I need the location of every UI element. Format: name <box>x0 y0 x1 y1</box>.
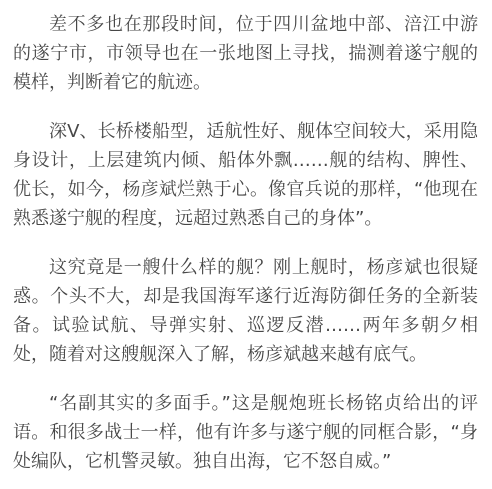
paragraph-3: 这究竟是一艘什么样的舰？刚上舰时，杨彦斌也很疑惑。个头不大，却是我国海军遂行近海… <box>13 253 478 369</box>
article-text-block: 差不多也在那段时间，位于四川盆地中部、涪江中游的遂宁市，市领导也在一张地图上寻找… <box>0 0 492 476</box>
paragraph-1: 差不多也在那段时间，位于四川盆地中部、涪江中游的遂宁市，市领导也在一张地图上寻找… <box>13 10 478 97</box>
paragraph-4: “名副其实的多面手。”这是舰炮班长杨铭贞给出的评语。和很多战士一样，他有许多与遂… <box>13 389 478 476</box>
paragraph-2: 深V、长桥楼船型，适航性好、舰体空间较大，采用隐身设计，上层建筑内倾、船体外飘…… <box>13 117 478 233</box>
